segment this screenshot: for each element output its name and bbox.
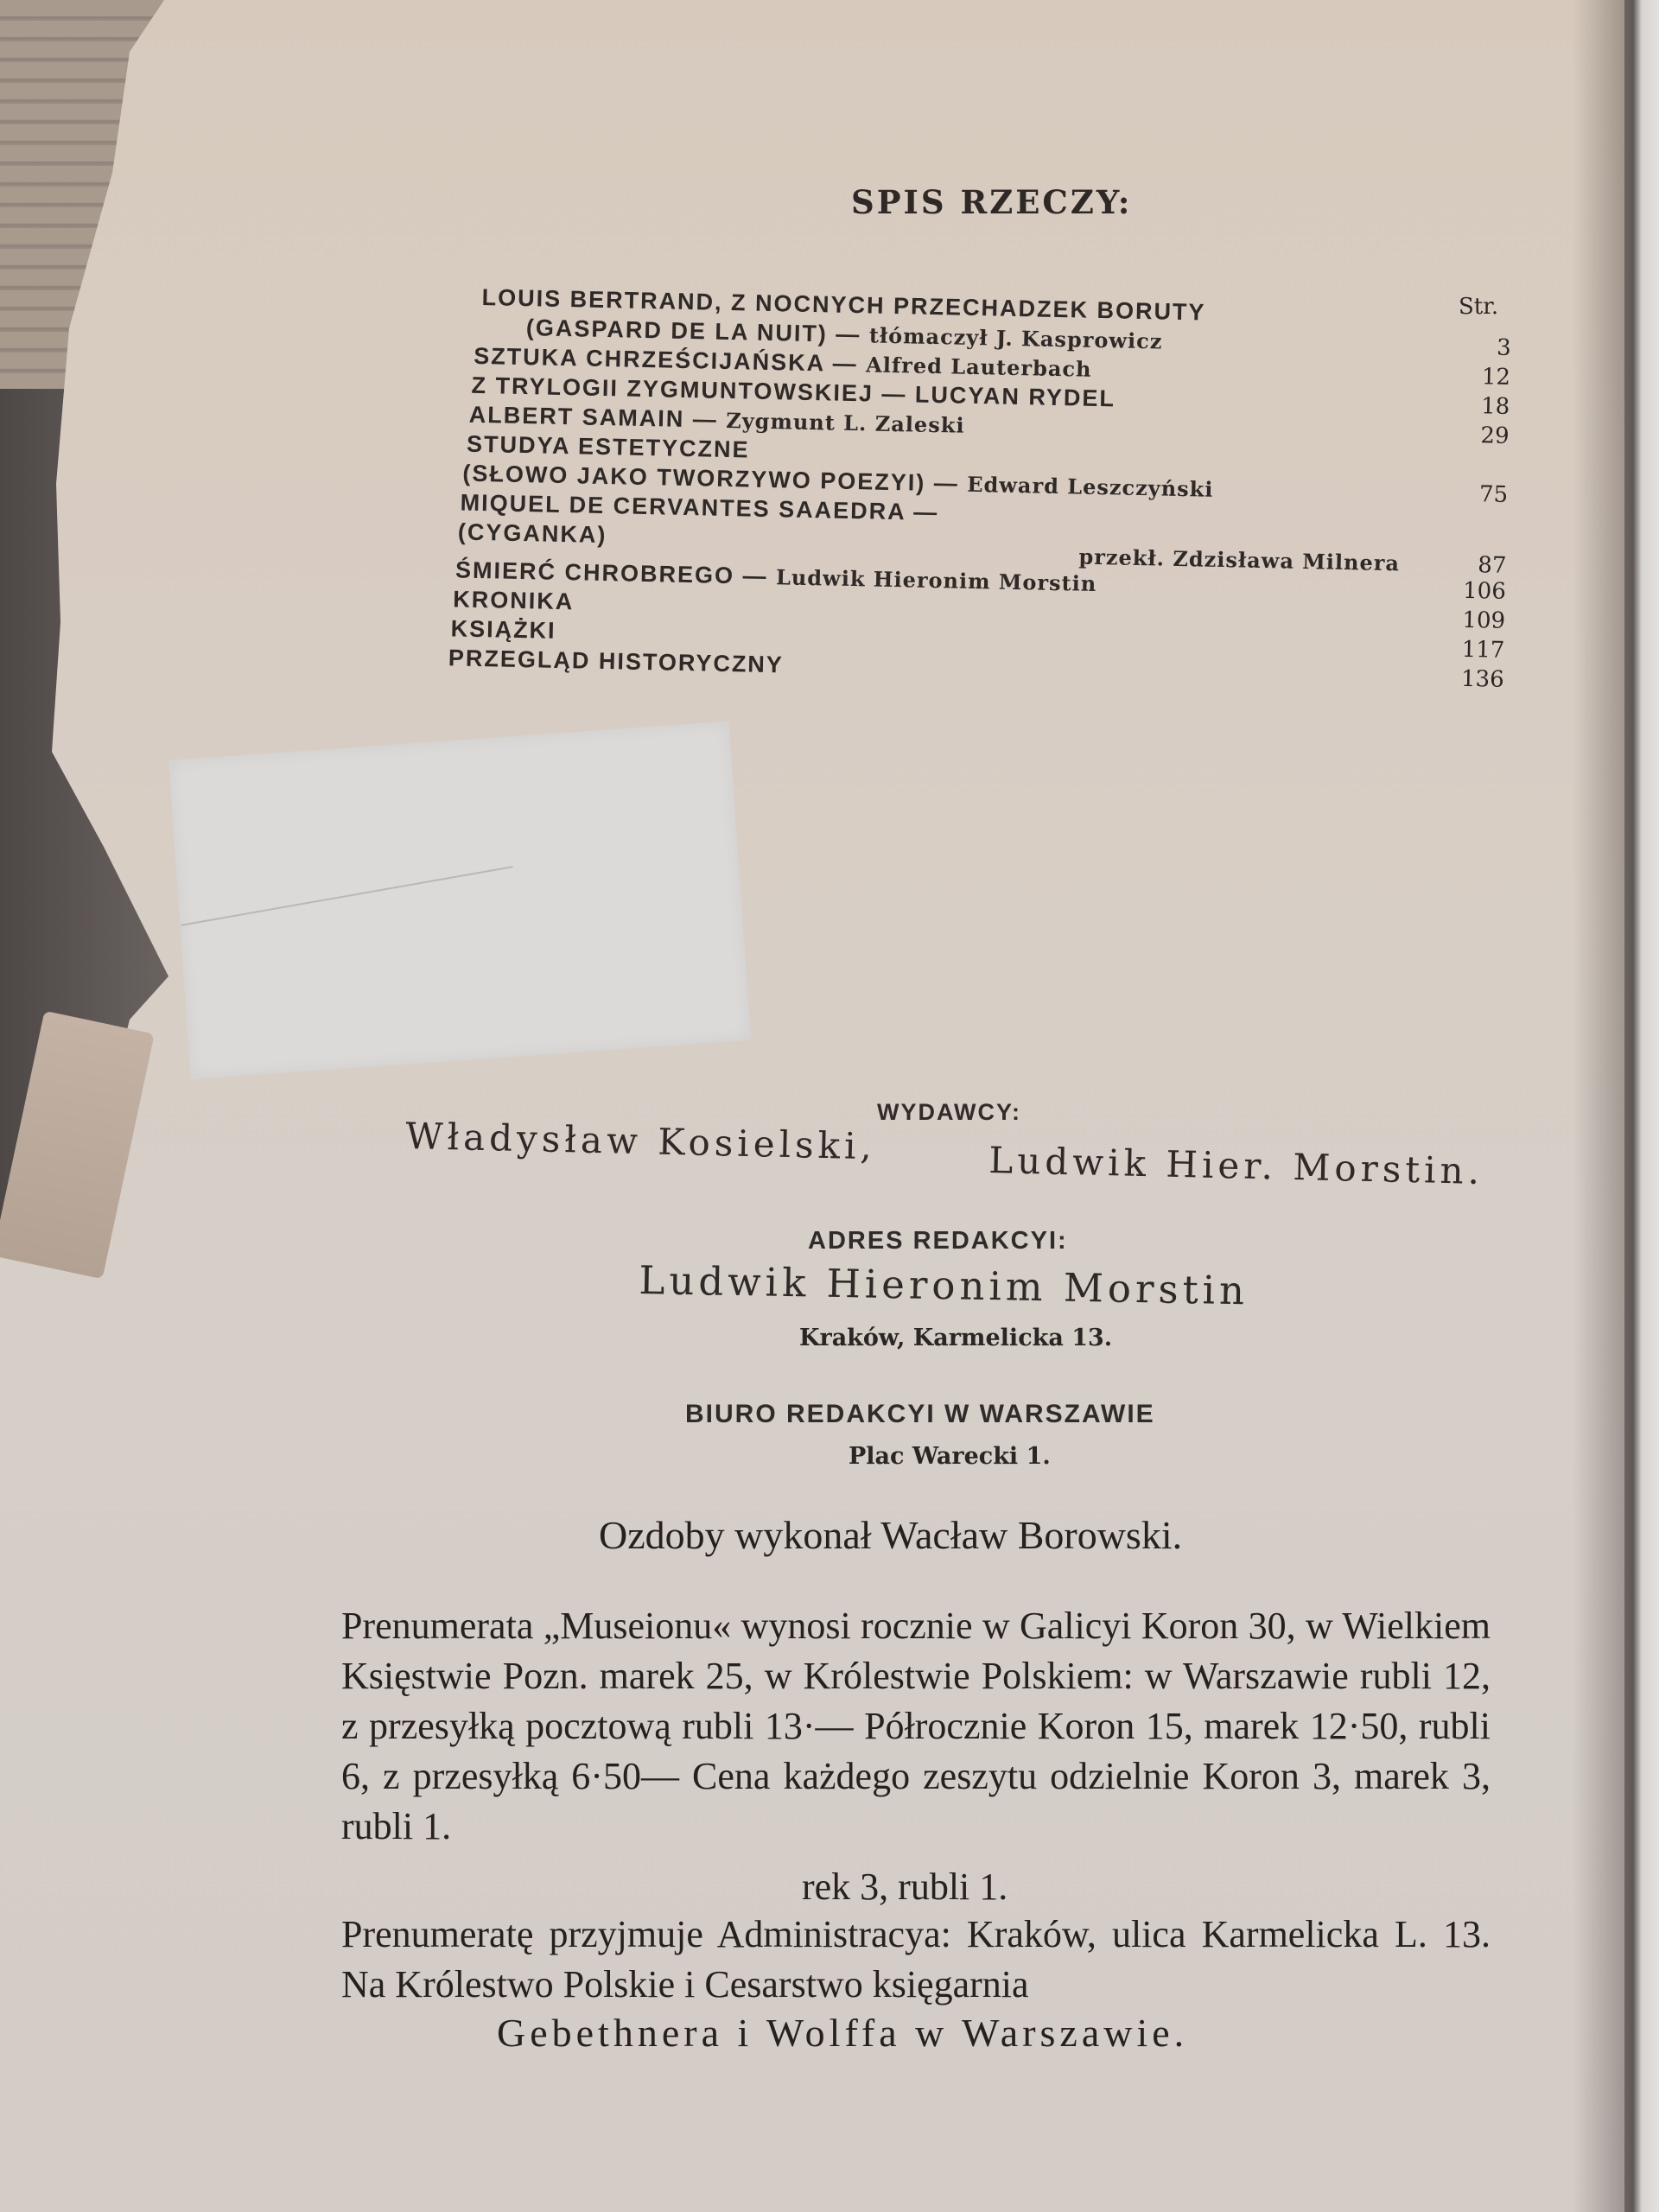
tape-crease	[181, 866, 512, 926]
toc-entry-title: KRONIKA	[453, 586, 575, 615]
page-shade	[1573, 0, 1624, 2212]
subscription-paragraph: Prenumerata „Museionu« wynosi rocznie w …	[341, 1601, 1491, 1852]
toc-entry-title: STUDYA ESTETYCZNE	[467, 431, 750, 464]
administration-paragraph: Prenumeratę przyjmuje Administracya: Kra…	[341, 1910, 1491, 2010]
table-of-contents: LOUIS BERTRAND, Z NOCNYCH PRZECHADZEK BO…	[433, 283, 1512, 696]
toc-entry-page: 106	[1463, 578, 1506, 605]
toc-entry-page: 18	[1481, 393, 1510, 420]
editorial-address: Kraków, Karmelicka 13.	[799, 1325, 1112, 1351]
toc-entry-title: KSIĄŻKI	[450, 615, 556, 645]
decorations-credit: Ozdoby wykonał Wacław Borowski.	[599, 1512, 1182, 1558]
toc-entry-author: Alfred Lauterbach	[866, 352, 1092, 381]
toc-entry-page: 87	[1478, 552, 1507, 579]
editorial-address-label: ADRES REDAKCYI:	[808, 1227, 1068, 1255]
warsaw-office-address: Plac Warecki 1.	[849, 1443, 1051, 1470]
toc-entry-page: 109	[1462, 607, 1505, 634]
toc-entry-page: 3	[1497, 335, 1511, 361]
administration-last-line: Gebethnera i Wolffa w Warszawie.	[497, 2010, 1188, 2056]
toc-heading: SPIS RZECZY:	[851, 183, 1132, 221]
toc-entry-author: Zygmunt L. Zaleski	[726, 408, 965, 438]
toc-entry-author: Edward Leszczyński	[967, 472, 1214, 502]
toc-entry-title: ŚMIERĆ CHROBREGO —	[455, 556, 768, 589]
toc-entry-page: 29	[1480, 423, 1510, 449]
toc-entry-author: tłómaczył J. Kasprowicz	[869, 322, 1163, 353]
subscription-last-line: rek 3, rubli 1.	[802, 1865, 1007, 1909]
toc-entry-page: 12	[1482, 364, 1511, 391]
toc-entry-author: Ludwik Hieronim Morstin	[776, 564, 1097, 596]
toc-entry-page: 75	[1479, 481, 1509, 508]
publishers-label: WYDAWCY:	[877, 1099, 1021, 1126]
toc-entry-page: 117	[1461, 637, 1504, 664]
tape-patch	[168, 721, 751, 1079]
warsaw-office-label: BIURO REDAKCYI W WARSZAWIE	[685, 1400, 1155, 1429]
toc-entry-title: ALBERT SAMAIN —	[469, 402, 719, 433]
toc-entry-title: (CYGANKA)	[458, 518, 607, 549]
toc-entry-page: 136	[1461, 666, 1504, 693]
